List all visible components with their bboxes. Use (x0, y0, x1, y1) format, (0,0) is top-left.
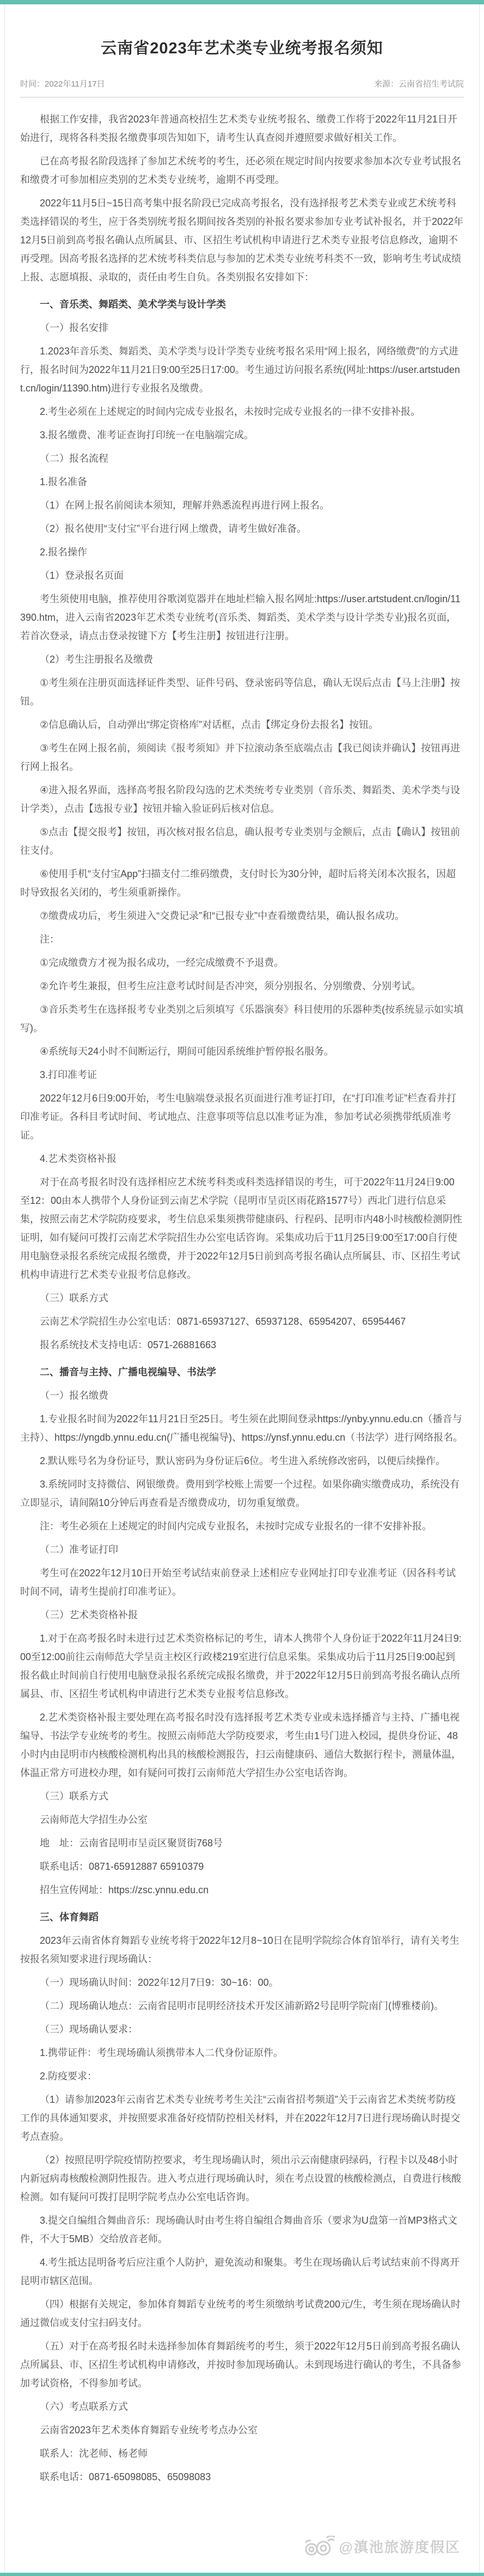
paragraph: 云南省2023年艺术类体育舞蹈专业统考考点办公室 (20, 2421, 464, 2439)
paragraph: （二）报名流程 (20, 449, 464, 468)
paragraph: （1）登录报名页面 (20, 566, 464, 585)
paragraph: 2022年12月6日9:00开始，考生电脑端登录报名页面进行准考证打印，在“打印… (20, 1089, 464, 1145)
paragraph: 2.防疫要求： (20, 2067, 464, 2085)
paragraph: 根据工作安排，我省2023年普通高校招生艺术类专业统考报名、缴费工作将于2022… (20, 110, 464, 147)
document-body: 根据工作安排，我省2023年普通高校招生艺术类专业统考报名、缴费工作将于2022… (20, 97, 464, 2486)
paragraph: （2）报名使用“支付宝”平台进行网上缴费，请考生做好准备。 (20, 519, 464, 538)
paragraph: 1.2023年音乐类、舞蹈类、美术学类与设计学类专业统考报名采用“网上报名，网络… (20, 342, 464, 397)
paragraph: ③考生在网上报名前，须阅读《报考须知》并下拉滚动条至底端点击【我已阅读并确认】按… (20, 739, 464, 776)
paragraph: （2）考生注册报名及缴费 (20, 650, 464, 669)
paragraph: 2.默认账号名为身份证号，默认密码为身份证后6位。考生进入系统修改密码，以便后续… (20, 1452, 464, 1470)
paragraph: ②允许考生兼报，但考生应注意考试时间是否冲突，须分别报名、分别缴费、分别考试。 (20, 977, 464, 995)
paragraph: ⑦缴费成功后，考生须进入“交费记录”和“已报专业”中查看缴费结果，确认报名成功。 (20, 907, 464, 925)
weibo-eyes-icon (303, 2536, 335, 2556)
paragraph: ③音乐类考生在选择报考专业类别之后须填写《乐器演奏》科目使用的乐器种类(按系统显… (20, 1000, 464, 1037)
section-heading: 三、体育舞蹈 (20, 1908, 464, 1926)
paragraph: 3.报名缴费、准考证查询打印统一在电脑端完成。 (20, 426, 464, 444)
paragraph: 2.考生必须在上述规定的时间内完成专业报名，未按时完成专业报名的一律不安排补报。 (20, 402, 464, 421)
paragraph: 地 址：云南省昆明市呈贡区聚贤街768号 (20, 1834, 464, 1852)
paragraph: 对于在高考报名时没有选择相应艺术统考科类或科类选择错误的考生，可于2022年11… (20, 1173, 464, 1284)
paragraph: ①完成缴费方才视为报名成功，一经完成缴费不予退费。 (20, 953, 464, 972)
paragraph: （一）现场确认时间：2022年12月7日9：30~16：00。 (20, 1973, 464, 1992)
paragraph: ②信息确认后，自动弹出“绑定资格库”对话框，点击【绑定身份去报名】按钮。 (20, 715, 464, 734)
paragraph: （二）准考证打印 (20, 1540, 464, 1559)
paragraph: （2）按照昆明学院疫情防控要求，考生现场确认时，须出示云南健康码绿码，行程卡以及… (20, 2151, 464, 2206)
paragraph: 考生须使用电脑，推荐使用谷歌浏览器并在地址栏输入报名网址:https://use… (20, 590, 464, 645)
paragraph: ①考生须在注册页面选择证件类型、证件号码、登录密码等信息，确认无误后点击【马上注… (20, 674, 464, 711)
paragraph: ⑥使用手机“支付宝App”扫描支付二维码缴费，支付时长为30分钟，超时后将关闭本… (20, 865, 464, 902)
paragraph: （1）在网上报名前阅读本须知，理解并熟悉流程再进行网上报名。 (20, 496, 464, 515)
paragraph: 注：考生必须在上述规定的时间内完成专业报名，未按时完成专业报名的一律不安排补报。 (20, 1517, 464, 1535)
article-container: 云南省2023年艺术类专业统考报名须知 时间：2022年11月17日 来源：云南… (4, 4, 480, 2573)
paragraph: （一）报名缴费 (20, 1386, 464, 1405)
paragraph: ⑤点击【提交报考】按钮，再次核对报名信息，确认报考专业类别与金额后，点击【确认】… (20, 823, 464, 860)
watermark-text: @滇池旅游度假区 (339, 2536, 461, 2556)
paragraph: 2.艺术类资格补报主要处理在高考报名时没有选择报考艺术类专业或未选择播音与主持、… (20, 1708, 464, 1782)
paragraph: （三）联系方式 (20, 1289, 464, 1307)
paragraph: 1.报名准备 (20, 473, 464, 491)
paragraph: （三）联系方式 (20, 1787, 464, 1806)
paragraph: 报名系统技术支持电话：0571-26881663 (20, 1336, 464, 1354)
paragraph: （三）艺术类资格补报 (20, 1606, 464, 1624)
paragraph: （一）报名安排 (20, 319, 464, 337)
section-heading: 一、音乐类、舞蹈类、美术学类与设计学类 (20, 295, 464, 314)
paragraph: 1.专业报名时间为2022年11月21日至25日。考生须在此期间登录https:… (20, 1410, 464, 1447)
paragraph: 1.携带证件：考生现场确认须携带本人二代身份证原件。 (20, 2043, 464, 2062)
paragraph: （六）考点联系方式 (20, 2397, 464, 2416)
paragraph: 3.系统同时支持微信、网银缴费。费用到学校账上需要一个过程。如果你确实缴费成功，… (20, 1475, 464, 1512)
meta-row: 时间：2022年11月17日 来源：云南省招生考试院 (20, 78, 464, 97)
paragraph: 招生宣传网址：https://zsc.ynnu.edu.cn (20, 1881, 464, 1899)
page-title: 云南省2023年艺术类专业统考报名须知 (20, 4, 464, 78)
paragraph: 4.考生抵达昆明备考后应注重个人防护，避免流动和聚集。考生在现场确认后考试结束前… (20, 2253, 464, 2290)
paragraph: （1）请参加2023年云南省艺术类专业统考考生关注“云南省招考频道”关于云南省艺… (20, 2090, 464, 2146)
paragraph: 云南师范大学招生办公室 (20, 1810, 464, 1829)
paragraph: （三）现场确认要求： (20, 2020, 464, 2039)
paragraph: （四）根据有关规定，参加体育舞蹈专业统考的考生须缴纳考试费200元/生，考生须在… (20, 2295, 464, 2332)
paragraph: 联系电话：0871-65912887 65910379 (20, 1857, 464, 1876)
paragraph: 注： (20, 930, 464, 949)
paragraph: （二）现场确认地点：云南省昆明市昆明经济技术开发区浦新路2号昆明学院南门(博雅楼… (20, 1997, 464, 2015)
source-label: 来源：云南省招生考试院 (374, 78, 464, 89)
paragraph: 联系人：沈老师、杨老师 (20, 2444, 464, 2463)
paragraph: 1.对于在高考报名时未进行过艺术类资格标记的考生，请本人携带个人身份证于2022… (20, 1629, 464, 1703)
top-accent-bar (0, 0, 484, 4)
paragraph: 3.打印准考证 (20, 1066, 464, 1084)
watermark: @滇池旅游度假区 (303, 2536, 461, 2556)
paragraph: ④系统每天24小时不间断运行，期间可能因系统维护暂停报名服务。 (20, 1042, 464, 1061)
paragraph: 2023年云南省体育舞蹈专业统考将于2022年12月8~10日在昆明学院综合体育… (20, 1931, 464, 1968)
paragraph: 已在高考报名阶段选择了参加艺术统考的考生，还必须在规定时间内按要求参加本次专业考… (20, 152, 464, 189)
paragraph: 联系电话：0871-65098085、65098083 (20, 2468, 464, 2486)
paragraph: （五）对于在高考报名时未选择参加体育舞蹈统考的考生，须于2022年12月5日前到… (20, 2337, 464, 2393)
paragraph: ④进入报名界面，选择高考报名阶段勾选的艺术类统考专业类别（音乐类、舞蹈类、美术学… (20, 781, 464, 818)
paragraph: 4.艺术类资格补报 (20, 1149, 464, 1168)
paragraph: 2022年11月5日~15日高考集中报名阶段已完成高考报名，没有选择报考艺术类专… (20, 194, 464, 286)
paragraph: 2.报名操作 (20, 543, 464, 561)
paragraph: 云南艺术学院招生办公室电话：0871-65937127、65937128、659… (20, 1312, 464, 1331)
paragraph: 3.提交自编组合舞曲音乐：现场确认时由考生将自编组合舞曲音乐（要求为U盘第一首M… (20, 2211, 464, 2248)
publish-time: 时间：2022年11月17日 (20, 78, 105, 89)
paragraph: 考生可在2022年12月10日开始至考试结束前登录上述相应专业网址打印专业准考证… (20, 1564, 464, 1601)
bottom-accent-bar (0, 2573, 484, 2576)
section-heading: 二、播音与主持、广播电视编导、书法学 (20, 1363, 464, 1381)
